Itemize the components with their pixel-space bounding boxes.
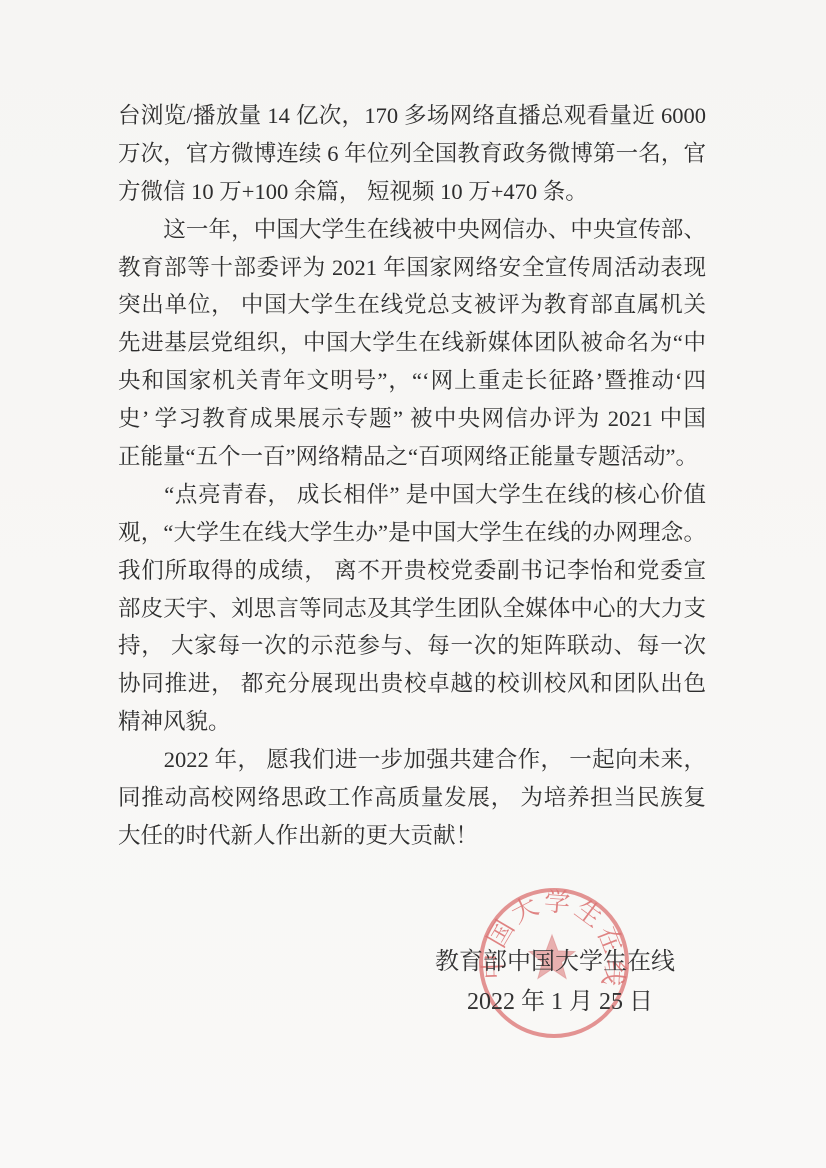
- text-line: 大任的时代新人作出新的更大贡献！: [118, 817, 706, 855]
- text-line: 我们所取得的成绩， 离不开贵校党委副书记李怡和党委宣传: [118, 552, 706, 590]
- text-line: 央和国家机关青年文明号”，“‘网上重走长征路’暨推动‘四: [118, 362, 706, 400]
- text-line: “点亮青春， 成长相伴” 是中国大学生在线的核心价值: [118, 476, 706, 514]
- text-line: 部皮天宇、刘思言等同志及其学生团队全媒体中心的大力支: [118, 590, 706, 628]
- text-line: 2022 年， 愿我们进一步加强共建合作， 一起向未来， 共: [118, 741, 706, 779]
- text-line: 史’ 学习教育成果展示专题” 被中央网信办评为 2021 中国: [118, 400, 706, 438]
- text-line: 突出单位， 中国大学生在线党总支被评为教育部直属机关: [118, 286, 706, 324]
- text-line: 持， 大家每一次的示范参与、每一次的矩阵联动、每一次的: [118, 627, 706, 665]
- text-line: 方微信 10 万+100 余篇， 短视频 10 万+470 条。: [118, 173, 706, 211]
- text-line: 协同推进， 都充分展现出贵校卓越的校训校风和团队出色的: [118, 665, 706, 703]
- text-line: 同推动高校网络思政工作高质量发展， 为培养担当民族复兴: [118, 779, 706, 817]
- text-line: 台浏览/播放量 14 亿次，170 多场网络直播总观看量近 6000: [118, 97, 706, 135]
- document-page: 台浏览/播放量 14 亿次，170 多场网络直播总观看量近 6000万次，官方微…: [0, 0, 826, 1168]
- text-line: 这一年，中国大学生在线被中央网信办、中央宣传部、: [118, 211, 706, 249]
- text-line: 教育部等十部委评为 2021 年国家网络安全宣传周活动表现: [118, 249, 706, 287]
- text-line: 先进基层党组织，中国大学生在线新媒体团队被命名为“中: [118, 324, 706, 362]
- body-text: 台浏览/播放量 14 亿次，170 多场网络直播总观看量近 6000万次，官方微…: [118, 97, 706, 855]
- text-line: 万次，官方微博连续 6 年位列全国教育政务微博第一名，官: [118, 135, 706, 173]
- text-line: 正能量“五个一百”网络精品之“百项网络正能量专题活动”。: [118, 438, 706, 476]
- text-line: 观，“大学生在线大学生办”是中国大学生在线的办网理念。: [118, 514, 706, 552]
- date-line: 2022 年 1 月 25 日: [410, 987, 710, 1017]
- signature-line: 教育部中国大学生在线: [405, 947, 705, 977]
- text-line: 精神风貌。: [118, 703, 706, 741]
